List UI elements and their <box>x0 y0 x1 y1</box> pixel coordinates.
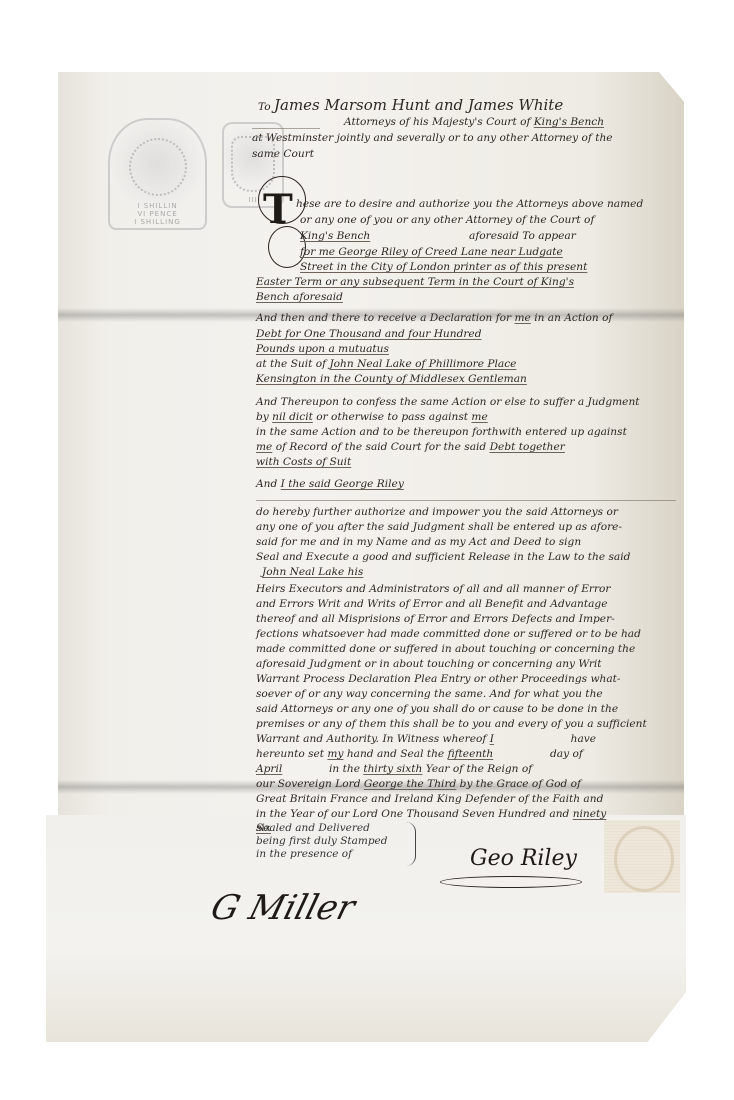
para1-line-2: or any one of you or any other Attorney … <box>300 215 594 226</box>
para3-line-1: And Thereupon to confess the same Action… <box>256 397 640 408</box>
para4-body-line: said Attorneys or any one of you shall d… <box>256 704 618 715</box>
in-witness-lead: In Witness <box>382 733 439 745</box>
month-fill: April <box>256 763 282 775</box>
para4-text: hereunto set <box>256 748 324 760</box>
hand-seal-line: hereunto set my hand and Seal the fiftee… <box>256 749 583 760</box>
attestation-line: Sealed and Delivered <box>256 822 387 835</box>
nil-dicit-fill: nil dicit <box>272 411 313 423</box>
para4-line: said for me and in my Name and as my Act… <box>256 537 581 548</box>
para4-text: in the Year of our Lord One Thousand Sev… <box>256 808 569 820</box>
witness-fill: I <box>490 733 494 745</box>
para4-text: Warrant and Authority. <box>256 733 379 745</box>
signature-flourish <box>440 876 582 888</box>
party-fill-4: Bench aforesaid <box>256 292 343 303</box>
para3-text: to confess the same Action or else to su… <box>342 396 639 408</box>
para1-line-3: King's Bench aforesaid To appear <box>300 231 576 242</box>
attestation-line: in the presence of <box>256 848 387 861</box>
court-fill: King's Bench <box>300 230 370 242</box>
para4-body-line: Warrant Process Declaration Plea Entry o… <box>256 674 621 685</box>
para2-line-1: And then and there to receive a Declarat… <box>256 313 612 324</box>
day-fill: fifteenth <box>448 748 494 760</box>
me-fill: me <box>514 312 530 324</box>
para4-line: Seal and Execute a good and sufficient R… <box>256 552 630 563</box>
titles-line: Great Britain France and Ireland King De… <box>256 794 603 805</box>
para3-line-3: in the same Action and to be thereupon f… <box>256 427 627 438</box>
para4-text: in the <box>329 763 360 775</box>
para3-line-4: me of Record of the said Court for the s… <box>256 442 565 453</box>
release-to-fill: John Neal Lake his <box>262 567 363 578</box>
para4-line-1: And I the said George Riley <box>256 479 404 490</box>
debt-fill-2: Pounds upon a mutuatus <box>256 344 389 355</box>
para4-body-line: soever of or any way concerning the same… <box>256 689 603 700</box>
reign-line: April in the thirty sixth Year of the Re… <box>256 764 532 775</box>
para3-text: of Record of the said Court for the said <box>276 441 486 453</box>
debt-fill-1: Debt for One Thousand and four Hundred <box>256 329 481 340</box>
para3-text: by <box>256 411 269 423</box>
seal-impression-icon <box>614 826 674 892</box>
address-line-4: same Court <box>252 149 314 160</box>
tudor-rose-emblem-icon <box>129 138 187 196</box>
to-prefix: To <box>258 101 271 113</box>
year-fill-continued: six <box>256 823 271 834</box>
para4-body-line: aforesaid Judgment or in about touching … <box>256 659 602 670</box>
witness-line: Warrant and Authority. In Witness whereo… <box>256 734 596 745</box>
para4-body-line: and Errors Writ and Writs of Error and a… <box>256 599 608 610</box>
attestation-line: being first duly Stamped <box>256 835 387 848</box>
para4-body-line: fections whatsoever had made committed d… <box>256 629 641 640</box>
para3-line-2: by nil dicit or otherwise to pass agains… <box>256 412 488 423</box>
party-fill-3: Easter Term or any subsequent Term in th… <box>256 277 574 288</box>
para4-text: whereof <box>443 733 487 745</box>
para4-body-line: made committed done or suffered in about… <box>256 644 635 655</box>
party-fill-1: for me George Riley of Creed Lane near L… <box>300 247 563 258</box>
address-line-1: To James Marsom Hunt and James White <box>258 98 563 113</box>
address-line-3: at Westminster jointly and severally or … <box>252 133 613 144</box>
me-fill: me <box>471 411 487 423</box>
para-lead-and-thereupon: And Thereupon <box>256 396 339 408</box>
year-fill: ninety <box>573 808 607 820</box>
blank-rule <box>256 500 676 501</box>
para4-text: Year of the Reign of <box>426 763 532 775</box>
para4-body-line: thereof and all Misprisions of Error and… <box>256 614 615 625</box>
para4-text: our Sovereign Lord <box>256 778 360 790</box>
blank-rule <box>252 128 320 129</box>
grantor-fill: I the said George Riley <box>281 478 404 490</box>
decorated-initial-t: T <box>263 186 293 233</box>
me-fill: me <box>256 441 272 453</box>
suit-prefix: at the Suit of <box>256 358 326 370</box>
regnal-year-fill: thirty sixth <box>363 763 422 775</box>
to-appear-text: aforesaid To appear <box>469 230 576 242</box>
my-fill: my <box>327 748 343 760</box>
plaintiff-fill-2: Kensington in the County of Middlesex Ge… <box>256 374 527 385</box>
stamp-text: I SHILLIN <box>110 202 205 210</box>
signature-principal: Geo Riley <box>470 846 577 871</box>
para4-body-line: Heirs Executors and Administrators of al… <box>256 584 611 595</box>
para3-text: or otherwise to pass against <box>316 411 468 423</box>
debt-together-fill: Debt together <box>490 441 565 453</box>
embossed-tax-stamp-one-shilling: I SHILLIN VI PENCE I SHILLING <box>108 118 207 230</box>
para4-line: any one of you after the said Judgment s… <box>256 522 622 533</box>
para4-line: do hereby further authorize and impower … <box>256 507 618 518</box>
address-text: Attorneys of his Majesty's Court of <box>344 116 530 128</box>
wax-seal-paper <box>604 820 680 893</box>
party-fill-2: Street in the City of London printer as … <box>300 262 587 273</box>
para4-text: by the Grace of God of <box>460 778 581 790</box>
year-line: in the Year of our Lord One Thousand Sev… <box>256 809 606 820</box>
para4-text: have <box>571 733 596 745</box>
brace-icon <box>405 822 416 866</box>
attorney-names: James Marsom Hunt and James White <box>274 96 563 114</box>
court-name: King's Bench <box>534 116 604 128</box>
para4-body-line: premises or any of them this shall be to… <box>256 719 647 730</box>
plaintiff-fill-1: John Neal Lake of Phillimore Place <box>329 358 516 370</box>
stamp-text: I SHILLING <box>110 218 205 226</box>
para2-text: then and there to receive a Declaration … <box>281 312 511 324</box>
signature-witness: G Miller <box>207 888 359 928</box>
address-line-2: Attorneys of his Majesty's Court of King… <box>344 117 604 128</box>
sovereign-fill: George the Third <box>364 778 456 790</box>
para-lead-and: And <box>256 312 277 324</box>
action-text: in an Action of <box>534 312 612 324</box>
para4-text: day of <box>550 748 583 760</box>
stamp-text: VI PENCE <box>110 210 205 218</box>
attestation-block: Sealed and Delivered being first duly St… <box>256 822 387 861</box>
suit-line: at the Suit of John Neal Lake of Phillim… <box>256 359 516 370</box>
sovereign-line: our Sovereign Lord George the Third by t… <box>256 779 581 790</box>
para4-text: hand and Seal the <box>347 748 444 760</box>
para1-line-1: hese are to desire and authorize you the… <box>296 199 643 210</box>
costs-fill: with Costs of Suit <box>256 457 351 468</box>
para-lead-and: And <box>256 478 277 490</box>
